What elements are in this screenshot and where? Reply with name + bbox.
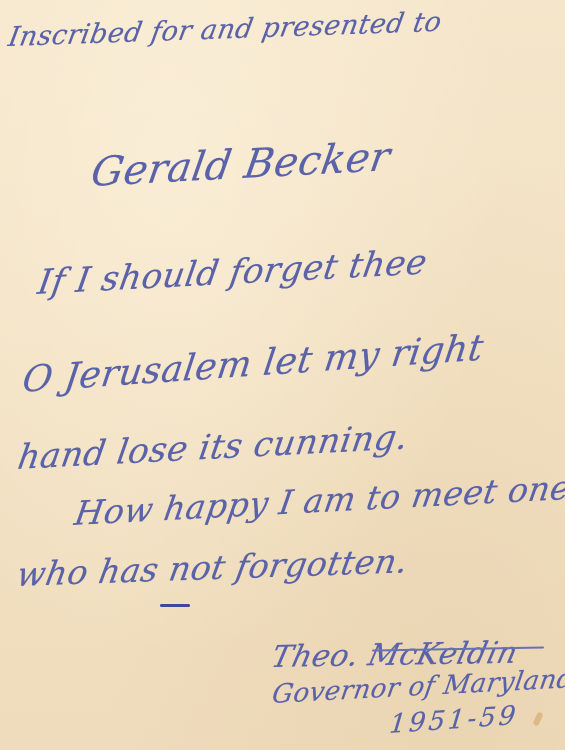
underline-mark [160,604,190,607]
